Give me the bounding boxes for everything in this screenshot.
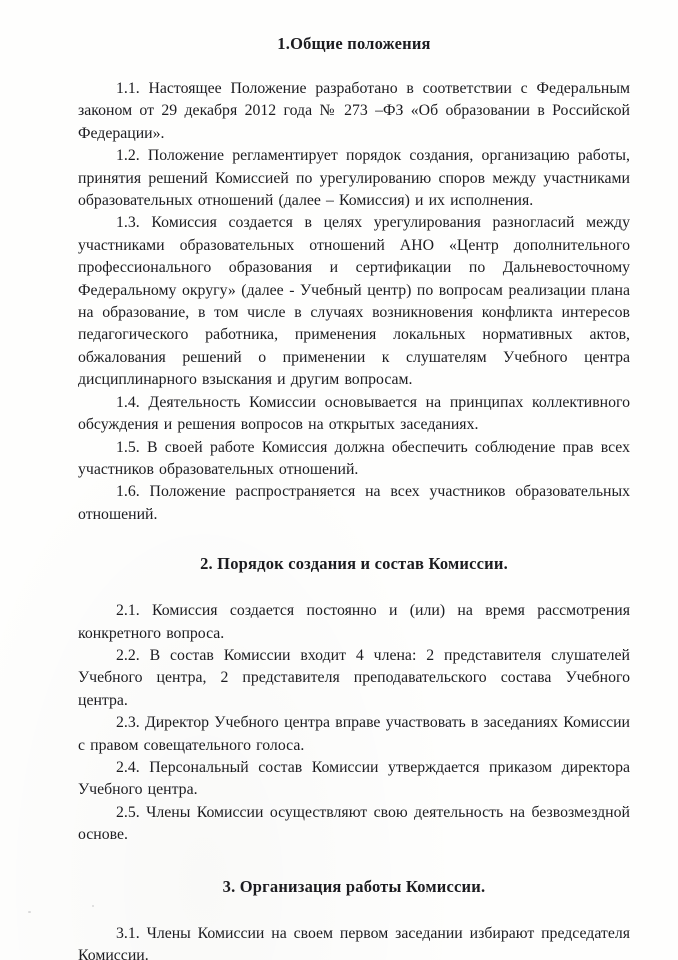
paragraph-1-3: 1.3. Комиссия создается в целях урегулир… xyxy=(78,212,630,391)
section-commission-composition: 2. Порядок создания и состав Комиссии. 2… xyxy=(78,554,630,846)
paragraph-2-2: 2.2. В состав Комиссии входит 4 члена: 2… xyxy=(78,645,630,712)
paragraph-2-4: 2.4. Персональный состав Комиссии утверж… xyxy=(78,757,630,802)
paragraph-2-3: 2.3. Директор Учебного центра вправе уча… xyxy=(78,712,630,757)
section-2-heading: 2. Порядок создания и состав Комиссии. xyxy=(78,554,630,574)
paragraph-3-1: 3.1. Члены Комиссии на своем первом засе… xyxy=(78,923,630,960)
paragraph-1-5: 1.5. В своей работе Комиссия должна обес… xyxy=(78,437,630,482)
scan-artifact xyxy=(28,911,31,913)
paragraph-1-2: 1.2. Положение регламентирует порядок со… xyxy=(78,145,630,212)
section-commission-work-organization: 3. Организация работы Комиссии. 3.1. Чле… xyxy=(78,877,630,960)
section-3-heading: 3. Организация работы Комиссии. xyxy=(78,877,630,897)
section-general-provisions: 1.Общие положения 1.1. Настоящее Положен… xyxy=(78,34,630,526)
section-1-heading: 1.Общие положения xyxy=(78,34,630,54)
document-page: 1.Общие положения 1.1. Настоящее Положен… xyxy=(0,0,678,960)
paragraph-1-1: 1.1. Настоящее Положение разработано в с… xyxy=(78,78,630,145)
paragraph-2-1: 2.1. Комиссия создается постоянно и (или… xyxy=(78,600,630,645)
scan-artifact xyxy=(92,905,94,907)
paragraph-1-6: 1.6. Положение распространяется на всех … xyxy=(78,481,630,526)
paragraph-2-5: 2.5. Члены Комиссии осуществляют свою де… xyxy=(78,802,630,847)
paragraph-1-4: 1.4. Деятельность Комиссии основывается … xyxy=(78,392,630,437)
